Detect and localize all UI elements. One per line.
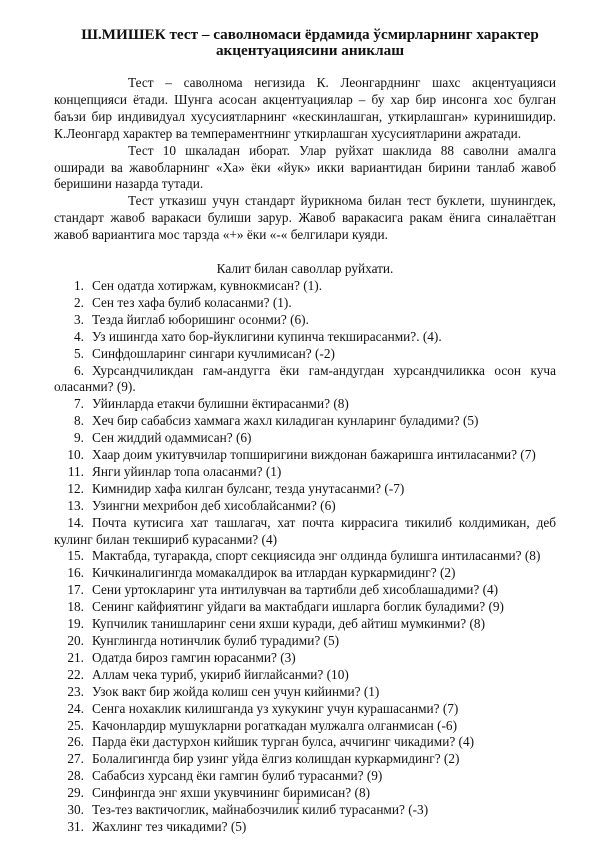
scales-paragraph: Тест 10 шкаладан иборат. Улар руйхат шак… bbox=[54, 143, 556, 194]
question-item: 1.Сен одатда хотиржам, кувнокмисан? (1). bbox=[54, 278, 556, 295]
question-number: 6. bbox=[64, 363, 84, 380]
question-item: 22.Аллам чека туриб, укириб йиглайсанми?… bbox=[54, 667, 556, 684]
question-item: 15.Мактабда, тугаракда, спорт секциясида… bbox=[54, 548, 556, 565]
question-text: Одатда бироз гамгин юрасанми? (3) bbox=[92, 650, 296, 665]
question-text: Янги уйинлар топа оласанми? (1) bbox=[92, 464, 281, 479]
question-text: Аллам чека туриб, укириб йиглайсанми? (1… bbox=[92, 667, 349, 682]
question-item: 12.Кимнидир хафа килган булсанг, тезда у… bbox=[54, 481, 556, 498]
question-text: Купчилик танишларинг сени яхши куради, д… bbox=[92, 616, 485, 631]
question-item: 2.Сен тез хафа булиб коласанми? (1). bbox=[54, 295, 556, 312]
question-item: 31.Жахлинг тез чикадими? (5) bbox=[54, 819, 556, 836]
question-item: 19.Купчилик танишларинг сени яхши куради… bbox=[54, 616, 556, 633]
spacer bbox=[54, 244, 556, 261]
question-item: 14.Почта кутисига хат ташлагач, хат почт… bbox=[54, 515, 556, 549]
question-text: Сабабсиз хурсанд ёки гамгин булиб тураса… bbox=[92, 768, 382, 783]
question-item: 4.Уз ишингда хато бор-йуклигини купинча … bbox=[54, 329, 556, 346]
question-text: Уйинларда етакчи булишни ёктирасанми? (8… bbox=[92, 396, 349, 411]
question-number: 13. bbox=[54, 498, 84, 515]
question-text: Хурсандчиликдан гам-андугга ёки гам-анду… bbox=[54, 363, 556, 395]
question-number: 23. bbox=[54, 684, 84, 701]
question-text: Кимнидир хафа килган булсанг, тезда унут… bbox=[92, 481, 404, 496]
question-item: 17.Сени уртокларинг ута интилувчан ва та… bbox=[54, 582, 556, 599]
question-number: 21. bbox=[54, 650, 84, 667]
question-item: 13.Узингни мехрибон деб хисоблайсанми? (… bbox=[54, 498, 556, 515]
question-number: 28. bbox=[54, 768, 84, 785]
question-number: 17. bbox=[54, 582, 84, 599]
question-item: 26.Парда ёки дастурхон кийшик турган бул… bbox=[54, 734, 556, 751]
question-text: Узок вакт бир жойда колиш сен учун кийин… bbox=[92, 684, 379, 699]
page-number: 1 bbox=[0, 795, 596, 807]
question-text: Парда ёки дастурхон кийшик турган булса,… bbox=[92, 734, 474, 749]
question-text: Почта кутисига хат ташлагач, хат почта к… bbox=[54, 515, 556, 547]
question-item: 7.Уйинларда етакчи булишни ёктирасанми? … bbox=[54, 396, 556, 413]
question-text: Сенга нохаклик килишганда уз хукукинг уч… bbox=[92, 701, 458, 716]
question-number: 10. bbox=[54, 447, 84, 464]
question-item: 18.Сенинг кайфиятинг уйдаги ва мактабдаг… bbox=[54, 599, 556, 616]
question-number: 24. bbox=[54, 701, 84, 718]
intro-paragraph: Тест – саволнома негизида К. Леонгарднин… bbox=[54, 75, 556, 143]
question-number: 2. bbox=[54, 295, 84, 312]
question-item: 20.Кунглингда нотинчлик булиб турадими? … bbox=[54, 633, 556, 650]
question-text: Сен одатда хотиржам, кувнокмисан? (1). bbox=[92, 278, 322, 293]
question-text: Жахлинг тез чикадими? (5) bbox=[92, 819, 246, 834]
document-title: Ш.МИШЕК тест – саволномаси ёрдамида ўсми… bbox=[60, 27, 560, 59]
question-number: 11. bbox=[54, 464, 84, 481]
question-text: Хаар доим укитувчилар топширигини виждон… bbox=[92, 447, 536, 462]
question-text: Узингни мехрибон деб хисоблайсанми? (6) bbox=[92, 498, 336, 513]
question-text: Тезда йиглаб юборишинг осонми? (6). bbox=[92, 312, 309, 327]
question-text: Сен жиддий одаммисан? (6) bbox=[92, 430, 251, 445]
question-number: 16. bbox=[54, 565, 84, 582]
question-number: 14. bbox=[64, 515, 84, 532]
question-number: 31. bbox=[54, 819, 84, 836]
question-text: Уз ишингда хато бор-йуклигини купинча те… bbox=[92, 329, 442, 344]
question-number: 5. bbox=[54, 346, 84, 363]
question-number: 9. bbox=[54, 430, 84, 447]
question-item: 23.Узок вакт бир жойда колиш сен учун ки… bbox=[54, 684, 556, 701]
question-number: 8. bbox=[54, 413, 84, 430]
question-number: 1. bbox=[54, 278, 84, 295]
question-item: 6.Хурсандчиликдан гам-андугга ёки гам-ан… bbox=[54, 363, 556, 397]
question-item: 11.Янги уйинлар топа оласанми? (1) bbox=[54, 464, 556, 481]
procedure-paragraph: Тест утказиш учун стандарт йурикнома бил… bbox=[54, 193, 556, 244]
question-text: Болалигингда бир узинг уйда ёлгиз колишд… bbox=[92, 751, 459, 766]
question-item: 9.Сен жиддий одаммисан? (6) bbox=[54, 430, 556, 447]
question-item: 28.Сабабсиз хурсанд ёки гамгин булиб тур… bbox=[54, 768, 556, 785]
question-text: Сенинг кайфиятинг уйдаги ва мактабдаги и… bbox=[92, 599, 504, 614]
question-number: 27. bbox=[54, 751, 84, 768]
question-number: 20. bbox=[54, 633, 84, 650]
question-text: Качонлардир мушукларни рогаткадан мулжал… bbox=[92, 718, 457, 733]
list-heading: Калит билан саволлар руйхати. bbox=[54, 261, 556, 278]
question-text: Сен тез хафа булиб коласанми? (1). bbox=[92, 295, 292, 310]
question-text: Синфдошларинг сингари кучлимисан? (-2) bbox=[92, 346, 335, 361]
question-number: 25. bbox=[54, 718, 84, 735]
document-body: Тест – саволнома негизида К. Леонгарднин… bbox=[54, 75, 556, 836]
question-item: 24.Сенга нохаклик килишганда уз хукукинг… bbox=[54, 701, 556, 718]
question-list: 1.Сен одатда хотиржам, кувнокмисан? (1).… bbox=[54, 278, 556, 836]
document-page: Ш.МИШЕК тест – саволномаси ёрдамида ўсми… bbox=[0, 0, 596, 842]
question-item: 21.Одатда бироз гамгин юрасанми? (3) bbox=[54, 650, 556, 667]
question-number: 3. bbox=[54, 312, 84, 329]
question-number: 18. bbox=[54, 599, 84, 616]
question-item: 25.Качонлардир мушукларни рогаткадан мул… bbox=[54, 718, 556, 735]
question-text: Сени уртокларинг ута интилувчан ва тарти… bbox=[92, 582, 498, 597]
question-number: 12. bbox=[54, 481, 84, 498]
question-item: 27.Болалигингда бир узинг уйда ёлгиз кол… bbox=[54, 751, 556, 768]
question-number: 19. bbox=[54, 616, 84, 633]
question-item: 8.Хеч бир сабабсиз хаммага жахл киладига… bbox=[54, 413, 556, 430]
question-text: Кунглингда нотинчлик булиб турадими? (5) bbox=[92, 633, 339, 648]
question-text: Кичкиналигингда момакалдирок ва итлардан… bbox=[92, 565, 455, 580]
question-number: 7. bbox=[54, 396, 84, 413]
question-text: Хеч бир сабабсиз хаммага жахл киладиган … bbox=[92, 413, 478, 428]
question-item: 5.Синфдошларинг сингари кучлимисан? (-2) bbox=[54, 346, 556, 363]
question-item: 10.Хаар доим укитувчилар топширигини виж… bbox=[54, 447, 556, 464]
question-item: 3.Тезда йиглаб юборишинг осонми? (6). bbox=[54, 312, 556, 329]
question-number: 15. bbox=[54, 548, 84, 565]
question-number: 22. bbox=[54, 667, 84, 684]
question-item: 16.Кичкиналигингда момакалдирок ва итлар… bbox=[54, 565, 556, 582]
question-text: Мактабда, тугаракда, спорт секциясида эн… bbox=[92, 548, 540, 563]
question-number: 4. bbox=[54, 329, 84, 346]
question-number: 26. bbox=[54, 734, 84, 751]
